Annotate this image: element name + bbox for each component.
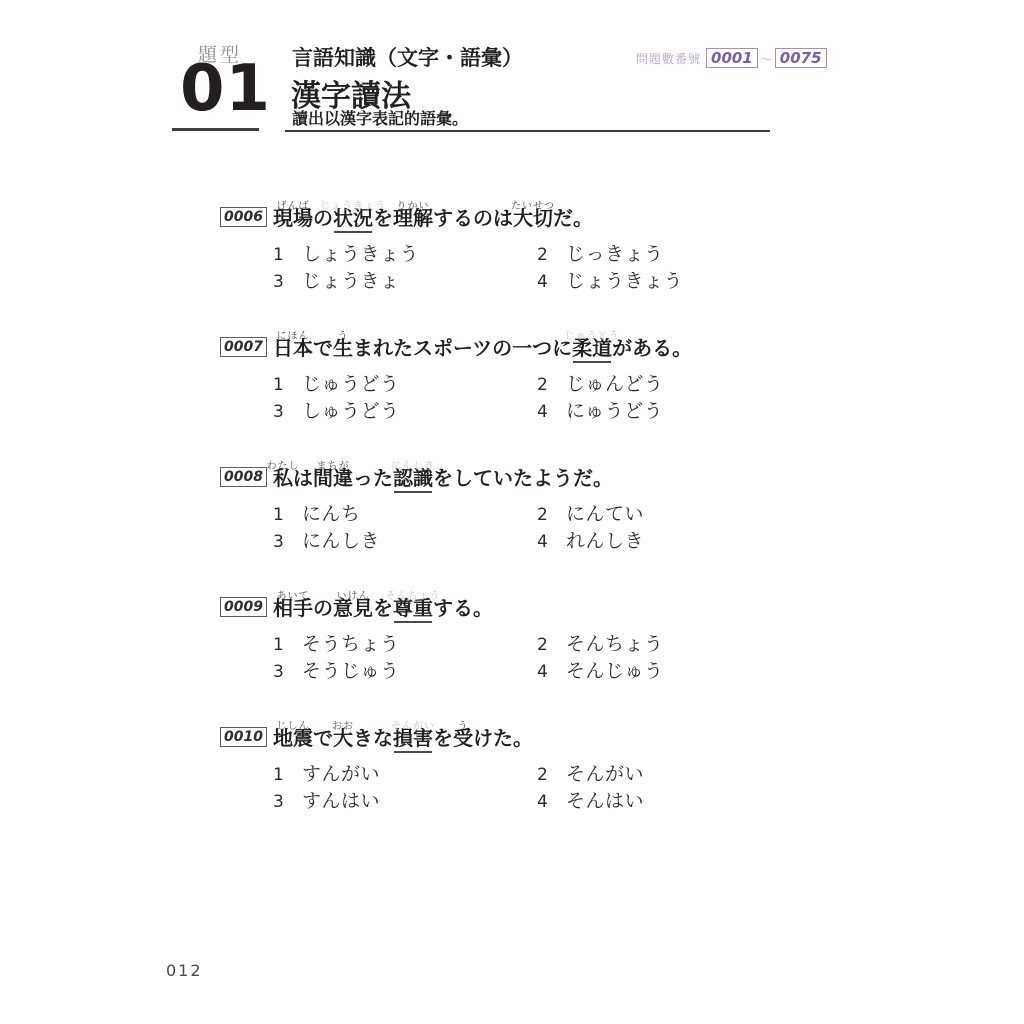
- options-grid: 1しょうきょう2じっきょう3じょうきょ4じょうきょう: [273, 239, 683, 293]
- furigana: そんがい: [391, 715, 435, 738]
- option-text: しょうきょう: [302, 239, 419, 266]
- sentence-word: だ。: [553, 207, 593, 230]
- word-base: を: [433, 726, 453, 750]
- tested-word: 状況じょうきょう: [333, 207, 373, 230]
- question-type-number: 01: [180, 56, 271, 123]
- furigana: おお: [332, 715, 354, 738]
- question-number-badge: 0007: [220, 337, 267, 357]
- options-grid: 1そうちょう2そんちょう3そうじゅう4そんじゅう: [273, 629, 664, 683]
- sentence-word: 大おお: [333, 727, 353, 750]
- answer-option: 2じっきょう: [537, 239, 683, 266]
- section-category: 言語知識（文字・語彙）: [292, 42, 523, 72]
- option-text: そんじゅう: [566, 656, 664, 683]
- option-number: 1: [273, 245, 302, 265]
- furigana: にほん: [276, 325, 309, 348]
- tested-word: 認識にんしき: [393, 467, 433, 490]
- option-number: 1: [273, 505, 302, 525]
- option-number: 4: [537, 402, 566, 422]
- sentence-word: きな: [353, 727, 393, 750]
- options-grid: 1じゅうどう2じゅんどう3しゅうどう4にゅうどう: [273, 369, 692, 423]
- sentence-word: 間違まちが: [313, 467, 353, 490]
- question-sentence: 日本にほんで生うまれたスポーツの一つに柔道じゅうどうがある。: [273, 324, 692, 360]
- tested-word: 柔道じゅうどう: [572, 337, 612, 360]
- option-number: 1: [273, 765, 302, 785]
- question-body: 相手あいての意見いけんを尊重そんちょうする。1そうちょう2そんちょう3そうじゅう…: [273, 584, 664, 683]
- question-sentence: 私わたしは間違まちがった認識にんしきをしていたようだ。: [273, 454, 644, 490]
- sentence-word: 大切たいせつ: [513, 207, 553, 230]
- word-base: は: [293, 466, 313, 490]
- range-separator: 〜: [760, 49, 773, 68]
- options-grid: 1すんがい2そんがい3すんはい4そんはい: [273, 759, 644, 813]
- option-number: 3: [273, 402, 302, 422]
- answer-option: 2そんがい: [537, 759, 644, 786]
- sentence-word: 理解りかい: [393, 207, 433, 230]
- header-divider-rule: [285, 130, 770, 132]
- word-base: する。: [433, 596, 493, 620]
- sentence-word: 日本にほん: [273, 337, 313, 360]
- option-text: じょうきょう: [566, 266, 683, 293]
- sentence-word: 生う: [333, 337, 353, 360]
- word-base: で: [313, 336, 333, 360]
- answer-option: 3にんしき: [273, 526, 537, 553]
- option-text: しゅうどう: [302, 396, 400, 423]
- word-base: の: [313, 596, 333, 620]
- answer-option: 1にんち: [273, 499, 537, 526]
- question-body: 日本にほんで生うまれたスポーツの一つに柔道じゅうどうがある。1じゅうどう2じゅん…: [273, 324, 692, 423]
- sentence-word: で: [313, 337, 333, 360]
- option-number: 4: [537, 662, 566, 682]
- option-text: にんてい: [566, 499, 644, 526]
- word-base: きな: [353, 726, 393, 750]
- option-number: 2: [537, 245, 566, 265]
- word-base: を: [373, 206, 393, 230]
- option-text: じっきょう: [566, 239, 664, 266]
- furigana: にんしき: [391, 455, 435, 478]
- answer-option: 2そんちょう: [537, 629, 664, 656]
- question-sentence: 地震じしんで大おおきな損害そんがいを受うけた。: [273, 714, 644, 750]
- word-base: がある。: [612, 336, 692, 360]
- option-number: 3: [273, 272, 302, 292]
- question-item: 0008私わたしは間違まちがった認識にんしきをしていたようだ。1にんち2にんてい…: [220, 454, 810, 553]
- furigana: げんば: [276, 195, 309, 218]
- range-start-badge: 0001: [706, 48, 758, 68]
- answer-option: 4そんはい: [537, 786, 644, 813]
- word-base: だ。: [553, 206, 593, 230]
- question-body: 地震じしんで大おおきな損害そんがいを受うけた。1すんがい2そんがい3すんはい4そ…: [273, 714, 644, 813]
- tested-word: 損害そんがい: [393, 727, 433, 750]
- word-base: けた。: [473, 726, 533, 750]
- option-text: そんちょう: [566, 629, 664, 656]
- sentence-word: をしていたようだ。: [433, 467, 613, 490]
- question-sentence: 現場げんばの状況じょうきょうを理解りかいするのは大切たいせつだ。: [273, 194, 683, 230]
- answer-option: 1じゅうどう: [273, 369, 537, 396]
- sentence-word: は: [293, 467, 313, 490]
- sentence-word: 現場げんば: [273, 207, 313, 230]
- sentence-word: 地震じしん: [273, 727, 313, 750]
- option-text: れんしき: [566, 526, 644, 553]
- sentence-word: 相手あいて: [273, 597, 313, 620]
- furigana: う: [337, 325, 348, 348]
- answer-option: 1そうちょう: [273, 629, 537, 656]
- question-number-badge: 0010: [220, 727, 267, 747]
- furigana: じしん: [276, 715, 309, 738]
- book-page: 題型 01 言語知識（文字・語彙） 漢字讀法 讀出以漢字表記的語彙。 問題數番號…: [0, 0, 1024, 1024]
- answer-option: 3しゅうどう: [273, 396, 537, 423]
- option-number: 3: [273, 532, 302, 552]
- sentence-word: の: [313, 597, 333, 620]
- option-text: すんはい: [302, 786, 380, 813]
- word-base: するのは: [433, 206, 513, 230]
- sentence-word: った: [353, 467, 393, 490]
- furigana: う: [457, 715, 468, 738]
- sentence-word: するのは: [433, 207, 513, 230]
- answer-option: 3じょうきょ: [273, 266, 537, 293]
- question-item: 0006現場げんばの状況じょうきょうを理解りかいするのは大切たいせつだ。1しょう…: [220, 194, 810, 293]
- answer-option: 3すんはい: [273, 786, 537, 813]
- questions-list: 0006現場げんばの状況じょうきょうを理解りかいするのは大切たいせつだ。1しょう…: [220, 194, 810, 844]
- sentence-word: を: [373, 207, 393, 230]
- option-text: にゅうどう: [566, 396, 663, 423]
- answer-option: 3そうじゅう: [273, 656, 537, 683]
- word-base: まれたスポーツの一つに: [353, 336, 572, 360]
- tested-word: 尊重そんちょう: [393, 597, 433, 620]
- section-subtitle: 讀出以漢字表記的語彙。: [292, 106, 468, 129]
- question-item: 0007日本にほんで生うまれたスポーツの一つに柔道じゅうどうがある。1じゅうどう…: [220, 324, 810, 423]
- option-text: じゅうどう: [302, 369, 400, 396]
- furigana: いけん: [336, 585, 369, 608]
- page-number: 012: [166, 961, 203, 980]
- sentence-word: 私わたし: [273, 467, 293, 490]
- question-number-badge: 0006: [220, 207, 267, 227]
- answer-option: 4れんしき: [537, 526, 644, 553]
- sentence-word: けた。: [473, 727, 533, 750]
- option-text: そんはい: [566, 786, 644, 813]
- furigana: りかい: [396, 195, 429, 218]
- sentence-word: する。: [433, 597, 493, 620]
- option-text: そうじゅう: [302, 656, 400, 683]
- type-number-underline: [172, 128, 259, 131]
- sentence-word: 意見いけん: [333, 597, 373, 620]
- answer-option: 1しょうきょう: [273, 239, 537, 266]
- option-text: にんち: [302, 499, 361, 526]
- option-text: そんがい: [566, 759, 644, 786]
- option-number: 4: [537, 792, 566, 812]
- answer-option: 4じょうきょう: [537, 266, 683, 293]
- answer-option: 2じゅんどう: [537, 369, 692, 396]
- option-text: にんしき: [302, 526, 380, 553]
- word-base: をしていたようだ。: [433, 466, 613, 490]
- question-number-range: 問題數番號 0001 〜 0075: [636, 48, 827, 68]
- range-end-badge: 0075: [775, 48, 827, 68]
- sentence-word: がある。: [612, 337, 692, 360]
- option-number: 4: [537, 272, 566, 292]
- furigana: まちが: [316, 455, 349, 478]
- option-number: 2: [537, 635, 566, 655]
- option-text: すんがい: [302, 759, 380, 786]
- answer-option: 1すんがい: [273, 759, 537, 786]
- range-label: 問題數番號: [636, 50, 701, 67]
- question-item: 0010地震じしんで大おおきな損害そんがいを受うけた。1すんがい2そんがい3すん…: [220, 714, 810, 813]
- sentence-word: 受う: [453, 727, 473, 750]
- option-text: そうちょう: [302, 629, 400, 656]
- option-text: じゅんどう: [566, 369, 664, 396]
- answer-option: 4にゅうどう: [537, 396, 692, 423]
- option-number: 2: [537, 505, 566, 525]
- question-body: 現場げんばの状況じょうきょうを理解りかいするのは大切たいせつだ。1しょうきょう2…: [273, 194, 683, 293]
- question-number-badge: 0008: [220, 467, 267, 487]
- word-base: で: [313, 726, 333, 750]
- option-number: 2: [537, 375, 566, 395]
- option-number: 2: [537, 765, 566, 785]
- option-text: じょうきょ: [302, 266, 400, 293]
- furigana: たいせつ: [511, 195, 555, 218]
- question-number-badge: 0009: [220, 597, 267, 617]
- question-sentence: 相手あいての意見いけんを尊重そんちょうする。: [273, 584, 664, 620]
- word-base: った: [353, 466, 393, 490]
- sentence-word: まれたスポーツの一つに: [353, 337, 572, 360]
- option-number: 1: [273, 635, 302, 655]
- sentence-word: を: [433, 727, 453, 750]
- question-body: 私わたしは間違まちがった認識にんしきをしていたようだ。1にんち2にんてい3にんし…: [273, 454, 644, 553]
- sentence-word: で: [313, 727, 333, 750]
- option-number: 1: [273, 375, 302, 395]
- option-number: 3: [273, 662, 302, 682]
- options-grid: 1にんち2にんてい3にんしき4れんしき: [273, 499, 644, 553]
- furigana: あいて: [276, 585, 309, 608]
- option-number: 4: [537, 532, 566, 552]
- answer-option: 4そんじゅう: [537, 656, 664, 683]
- answer-option: 2にんてい: [537, 499, 644, 526]
- question-item: 0009相手あいての意見いけんを尊重そんちょうする。1そうちょう2そんちょう3そ…: [220, 584, 810, 683]
- option-number: 3: [273, 792, 302, 812]
